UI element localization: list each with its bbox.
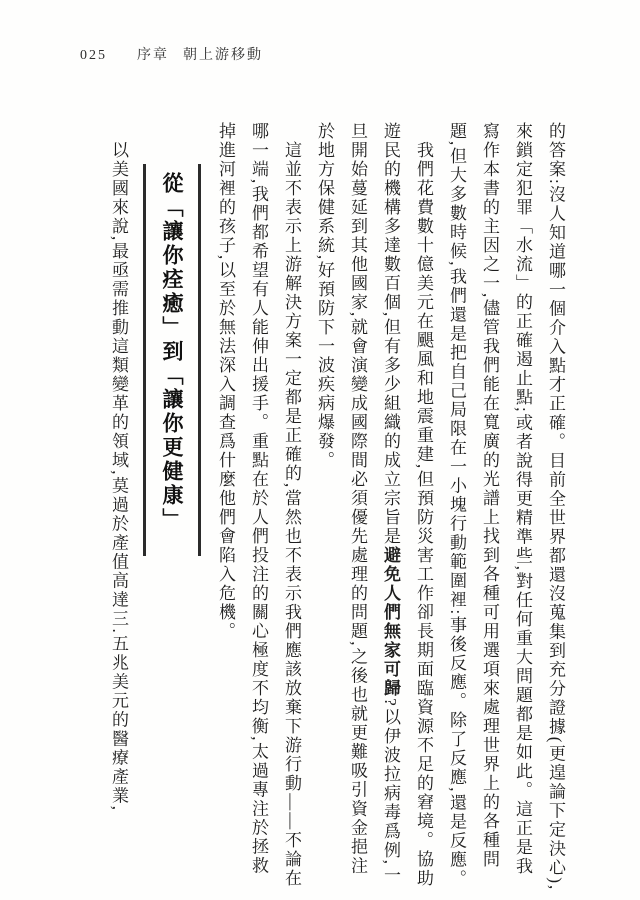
page-number: 025 [80, 48, 107, 63]
paragraph-upstream-balance: 這並不表示上游解決方案一定都是正確的,當然也不表示我們應該放棄下游行動——不論在… [209, 122, 308, 894]
section-heading: 從「讓你痊癒」到「讓你更健康」 [143, 164, 201, 556]
book-page: 025序章朝上游移動 的答案:沒人知道哪一個介入點才正確。目前全世界都還沒蒐集到… [0, 0, 640, 900]
paragraph-continuation: 的答案:沒人知道哪一個介入點才正確。目前全世界都還沒蒐集到充分證據(更遑論下定決… [440, 122, 572, 894]
paragraph-us-healthcare: 以美國來說,最亟需推動這類變革的領域,莫過於產值高達三.五兆美元的醫療產業, [102, 122, 135, 894]
running-header: 025序章朝上游移動 [80, 44, 263, 64]
chapter-label: 序章 [137, 48, 169, 63]
chapter-title: 朝上游移動 [183, 48, 263, 63]
body-text-block: 的答案:沒人知道哪一個介入點才正確。目前全世界都還沒蒐集到充分證據(更遑論下定決… [67, 122, 572, 894]
emphasized-phrase: 避免人們無家可歸 [381, 546, 400, 698]
paragraph-disaster-spending: 我們花費數十億美元在颶風和地震重建,但預防災害工作卻長期面臨資源不足的窘境。協助… [308, 122, 440, 894]
